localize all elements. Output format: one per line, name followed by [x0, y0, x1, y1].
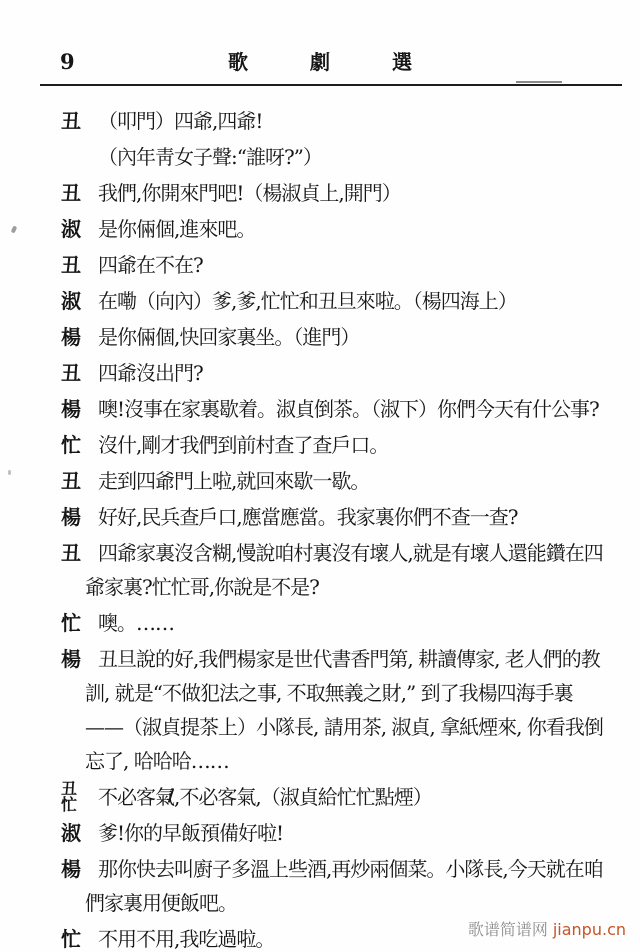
speaker-label: 忙 — [61, 428, 81, 462]
dialogue-line: 淑 在嘞（向內）爹,爹,忙忙和丑旦來啦。（楊四海上） — [0, 284, 640, 318]
dialogue-text: 噢。…… — [85, 606, 610, 640]
dialogue-line: 楊 是你倆個,快回家裏坐。（進門） — [0, 320, 640, 354]
dialogue-text: 好好,民兵查戶口,應當應當。我家裏你們不查一查? — [85, 500, 610, 534]
speaker-label: 忙 — [61, 922, 81, 952]
dialogue-line: 丑 走到四爺門上啦,就回來歇一歇。 — [0, 464, 640, 498]
watermark-site-url: jianpu.cn — [553, 920, 626, 939]
dialogue-text: 噢!沒事在家裏歇着。淑貞倒茶。（淑下）你們今天有什公事? — [85, 392, 610, 426]
speaker-label: 丑 — [61, 104, 81, 138]
dialogue-line: 淑 爹!你的早飯預備好啦! — [0, 816, 640, 850]
speaker-label: 楊 — [61, 320, 81, 354]
dialogue-line: 丑忙 不必客氣,不必客氣,（淑貞給忙忙點煙） — [0, 780, 640, 814]
header-rule — [40, 84, 622, 86]
dialogue-text: 爹!你的早飯預備好啦! — [85, 816, 610, 850]
dialogue-text: 丑旦說的好,我們楊家是世代書香門第, 耕讀傳家, 老人們的教訓, 就是“不做犯法… — [85, 642, 610, 778]
dialogue-line: 楊 那你快去叫廚子多溫上些酒,再炒兩個菜。小隊長,今天就在咱們家裏用便飯吧。 — [0, 852, 640, 920]
dialogue-text: 沒什,剛才我們到前村查了查戶口。 — [85, 428, 610, 462]
speaker-label: 丑 — [61, 248, 81, 282]
speaker-label: 忙 — [61, 606, 81, 640]
dialogue-line: 淑 是你倆個,進來吧。 — [0, 212, 640, 246]
dialogue-text: 在嘞（向內）爹,爹,忙忙和丑旦來啦。（楊四海上） — [85, 284, 610, 318]
speaker-label: 楊 — [61, 852, 81, 886]
dialogue-text: 四爺在不在? — [85, 248, 610, 282]
dialogue-line: 丑 四爺家裏沒含糊,慢說咱村裏沒有壞人,就是有壞人還能鑽在四爺家裏?忙忙哥,你說… — [0, 536, 640, 604]
watermark-site-name: 歌谱简谱网 — [468, 920, 548, 939]
speaker-label: 楊 — [61, 642, 81, 676]
speaker-label: 楊 — [61, 392, 81, 426]
dialogue-text: 是你倆個,進來吧。 — [85, 212, 610, 246]
dialogue-text: （內年靑女子聲:“誰呀?”） — [85, 140, 610, 174]
speaker-label: 丑 — [61, 176, 81, 210]
dialogue-text: 走到四爺門上啦,就回來歇一歇。 — [85, 464, 610, 498]
dialogue-line: 楊 丑旦說的好,我們楊家是世代書香門第, 耕讀傳家, 老人們的教訓, 就是“不做… — [0, 642, 640, 778]
speaker-label: 丑 — [61, 464, 81, 498]
dialogue-line: 忙 噢。…… — [0, 606, 640, 640]
dialogue-text: 四爺沒出門? — [85, 356, 610, 390]
scan-speck — [8, 470, 11, 475]
dialogue-text: 不必客氣,不必客氣,（淑貞給忙忙點煙） — [85, 780, 610, 814]
speaker-label: 丑 — [61, 536, 81, 570]
speaker-label: 丑 — [61, 356, 81, 390]
script-body: 丑 （叩門）四爺,四爺! （內年靑女子聲:“誰呀?”） 丑 我們,你開來門吧!（… — [0, 104, 640, 952]
speaker-label: 楊 — [61, 500, 81, 534]
page-title: 歌劇選 — [0, 50, 640, 74]
speaker-label: 淑 — [61, 212, 81, 246]
dialogue-line: 丑 我們,你開來門吧!（楊淑貞上,開門） — [0, 176, 640, 210]
dialogue-text: 我們,你開來門吧!（楊淑貞上,開門） — [85, 176, 610, 210]
dialogue-line: 丑 四爺沒出門? — [0, 356, 640, 390]
dialogue-line: （內年靑女子聲:“誰呀?”） — [0, 140, 640, 174]
dialogue-line: 忙 沒什,剛才我們到前村查了查戶口。 — [0, 428, 640, 462]
document-page: 9 歌劇選 丑 （叩門）四爺,四爺! （內年靑女子聲:“誰呀?”） 丑 我們,你… — [0, 0, 640, 952]
dialogue-text: 是你倆個,快回家裏坐。（進門） — [85, 320, 610, 354]
dialogue-line: 丑 四爺在不在? — [0, 248, 640, 282]
dialogue-text: （叩門）四爺,四爺! — [85, 104, 610, 138]
dialogue-text: 那你快去叫廚子多溫上些酒,再炒兩個菜。小隊長,今天就在咱們家裏用便飯吧。 — [85, 852, 610, 920]
dialogue-line: 楊 好好,民兵查戶口,應當應當。我家裏你們不查一查? — [0, 500, 640, 534]
speaker-label: 丑忙 — [61, 781, 77, 813]
dialogue-line: 楊 噢!沒事在家裏歇着。淑貞倒茶。（淑下）你們今天有什公事? — [0, 392, 640, 426]
watermark: 歌谱简谱网jianpu.cn — [468, 917, 626, 940]
dialogue-line: 丑 （叩門）四爺,四爺! — [0, 104, 640, 138]
speaker-label-part: 忙 — [61, 797, 77, 813]
speaker-label: 淑 — [61, 284, 81, 318]
dialogue-text: 四爺家裏沒含糊,慢說咱村裏沒有壞人,就是有壞人還能鑽在四爺家裏?忙忙哥,你說是不… — [85, 536, 610, 604]
speaker-label: 淑 — [61, 816, 81, 850]
